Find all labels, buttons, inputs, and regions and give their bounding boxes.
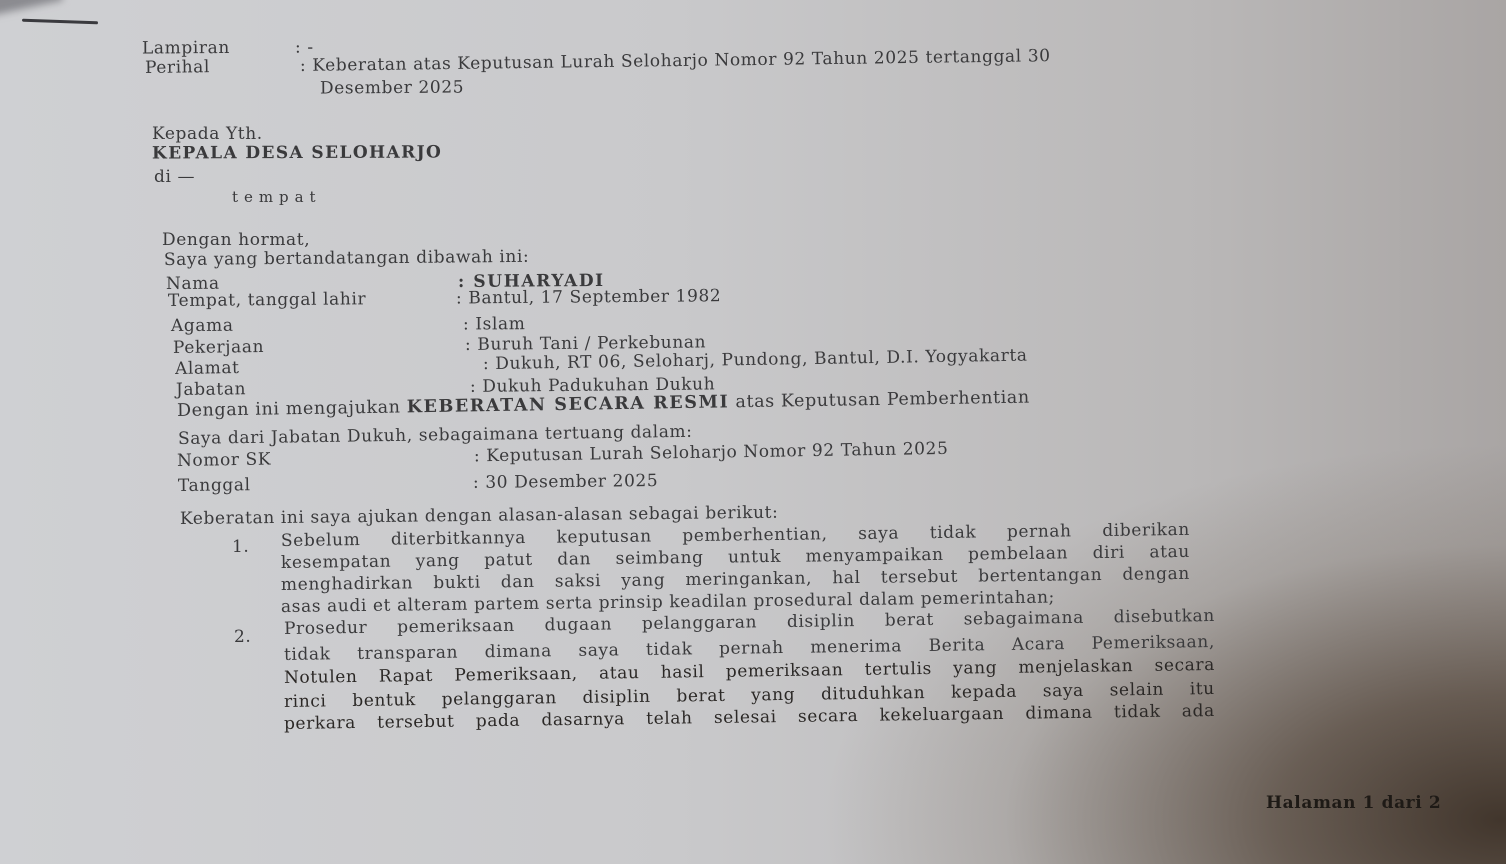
- reason-word: bertentangan: [978, 565, 1102, 587]
- reason-word: yang: [751, 685, 795, 706]
- reason-word: dimana: [1025, 703, 1093, 724]
- reason-word: disiplin: [582, 687, 650, 708]
- reason-word: yang: [621, 570, 665, 591]
- lampiran-value: : -: [295, 38, 314, 58]
- perihal-value-line2: Desember 2025: [320, 77, 464, 98]
- identity-value: : Islam: [463, 314, 526, 334]
- reason-word: itu: [1190, 679, 1215, 699]
- reason-word: atau: [599, 663, 640, 684]
- identity-value: : Bantul, 17 September 1982: [456, 286, 721, 308]
- reason-word: atau: [1149, 542, 1190, 562]
- reason-word: menjelaskan: [1018, 656, 1133, 678]
- reason-word: secara: [1154, 655, 1215, 676]
- reason-word: dengan: [1122, 564, 1190, 585]
- reason-word: Acara: [1012, 634, 1065, 655]
- intro-text: Saya yang bertandatangan dibawah ini:: [164, 247, 529, 270]
- reason-word: dituduhkan: [821, 683, 926, 704]
- reason-word: seimbang: [615, 548, 703, 569]
- reason-word: bukti: [433, 573, 481, 594]
- reason-word: dan: [501, 572, 535, 592]
- greeting: Dengan hormat,: [162, 230, 310, 250]
- reason-word: menghadirkan: [281, 573, 413, 595]
- date-row: Tanggal: 30 Desember 2025: [178, 471, 658, 496]
- reason-word: selesai: [714, 707, 777, 728]
- reason-word: keputusan: [556, 526, 651, 547]
- reason-word: pada: [476, 711, 521, 732]
- reason-word: Rapat: [379, 666, 433, 687]
- recipient-di: di —: [154, 167, 195, 187]
- objection-prefix: Dengan ini mengajukan: [177, 397, 401, 421]
- reason-word: pemberhentian,: [682, 524, 827, 546]
- reason-word: disebutkan: [1114, 606, 1215, 627]
- reason-word: pelanggaran: [442, 688, 557, 710]
- reason-word: tidak: [646, 639, 693, 660]
- reason-word: yang: [416, 551, 460, 572]
- reason-word: menerima: [810, 636, 902, 657]
- identity-row: Agama: Islam: [171, 314, 526, 336]
- reason-word: menyampaikan: [805, 545, 943, 567]
- reason-word: dasarnya: [541, 709, 625, 730]
- reason-word: pemeriksaan: [397, 616, 515, 638]
- letter-document: Lampiran: - Perihal: Keberatan atas Kepu…: [0, 0, 1506, 864]
- reason-word: Pemeriksaan,: [454, 664, 578, 686]
- reason-word: diterbitkannya: [391, 528, 526, 550]
- reason-word: tidak: [930, 523, 977, 544]
- reason-word: pernah: [1007, 521, 1072, 542]
- reason-word: diri: [1093, 543, 1126, 563]
- reason-word: meringankan,: [685, 569, 812, 591]
- reason-word: hasil: [661, 662, 705, 683]
- reason-number: 1.: [232, 537, 249, 557]
- identity-label: Alamat: [175, 354, 483, 379]
- reason-word: saya: [578, 640, 619, 661]
- reason-word: saksi: [555, 571, 602, 592]
- reason-word: Prosedur: [284, 618, 368, 639]
- reason-word: pelanggaran: [642, 612, 757, 634]
- reason-word: saya: [1043, 681, 1084, 702]
- reason-word: kesempatan: [281, 552, 391, 573]
- reason-word: selain: [1109, 680, 1164, 701]
- reason-word: patut: [484, 550, 533, 571]
- identity-label: Agama: [171, 314, 463, 336]
- reason-word: tersebut: [377, 712, 455, 733]
- date-value: : 30 Desember 2025: [473, 471, 659, 493]
- reason-word: dugaan: [544, 614, 612, 635]
- reason-word: hal: [832, 568, 861, 588]
- reason-word: bentuk: [352, 690, 416, 711]
- recipient-tempat: t e m p a t: [232, 188, 316, 206]
- reason-word: telah: [646, 708, 693, 729]
- perihal-label: Perihal: [145, 56, 300, 78]
- reason-word: yang: [953, 658, 997, 679]
- reason-word: disiplin: [787, 611, 855, 632]
- identity-row: Tempat, tanggal lahir: Bantul, 17 Septem…: [168, 286, 721, 311]
- sk-label: Nomor SK: [177, 446, 474, 471]
- reason-word: pernah: [719, 638, 784, 659]
- reason-word: tidak: [284, 644, 331, 665]
- reason-word: rinci: [284, 691, 327, 712]
- objection-suffix: atas Keputusan Pemberhentian: [735, 388, 1030, 413]
- reason-word: tertulis: [865, 659, 932, 680]
- reason-word: tidak: [1114, 702, 1161, 723]
- reason-word: perkara: [284, 713, 356, 734]
- page-indicator: Halaman 1 dari 2: [1266, 793, 1441, 813]
- reason-number: 2.: [234, 627, 251, 647]
- reason-word: sebagaimana: [964, 608, 1084, 630]
- reason-word: Berita: [928, 635, 985, 656]
- perihal-value-line1: : Keberatan atas Keputusan Lurah Selohar…: [300, 46, 1051, 76]
- reason-word: kepada: [951, 682, 1017, 703]
- objection-bold: KEBERATAN SECARA RESMI: [407, 392, 730, 417]
- reason-word: pembelaan: [968, 543, 1068, 564]
- reason-word: berat: [885, 610, 934, 631]
- reason-word: untuk: [728, 547, 781, 568]
- recipient-name: KEPALA DESA SELOHARJO: [152, 142, 442, 163]
- reason-word: Pemeriksaan,: [1091, 632, 1215, 654]
- identity-label: Tempat, tanggal lahir: [168, 288, 456, 311]
- reason-word: diberikan: [1102, 520, 1190, 541]
- reason-word: ada: [1182, 701, 1215, 721]
- reason-word: dan: [557, 549, 591, 569]
- reason-word: berat: [676, 686, 725, 707]
- reason-word: pemeriksaan: [726, 660, 844, 682]
- date-label: Tanggal: [178, 473, 473, 496]
- reason-word: dimana: [484, 641, 552, 662]
- recipient-salutation: Kepada Yth.: [152, 124, 263, 144]
- reason-word: kekeluargaan: [879, 704, 1004, 726]
- reason-word: Sebelum: [281, 530, 361, 551]
- reason-word: Notulen: [284, 667, 358, 688]
- reason-word: transparan: [357, 643, 458, 664]
- reason-word: secara: [798, 706, 859, 727]
- reason-word: tersebut: [881, 567, 959, 588]
- reason-word: saya: [858, 523, 899, 543]
